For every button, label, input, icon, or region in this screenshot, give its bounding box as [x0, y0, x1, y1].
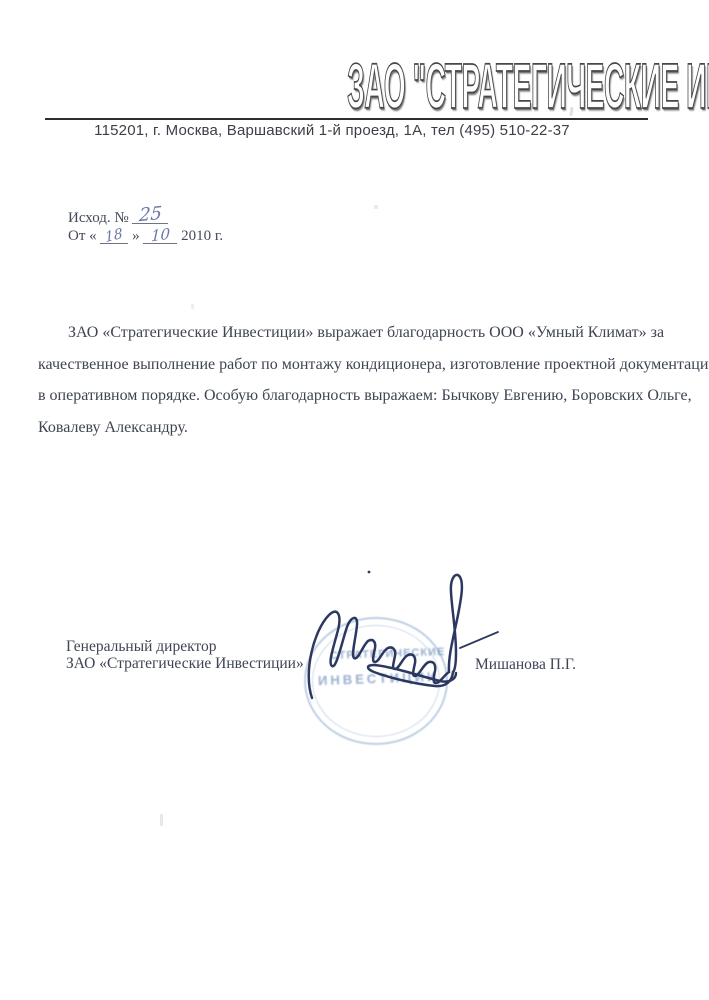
- body-line-4: Ковалеву Александру.: [38, 412, 698, 444]
- date-line: От « 18 » 10 2010 г.: [68, 227, 223, 245]
- date-day-value: 18: [105, 227, 124, 245]
- letter-body: ЗАО «Стратегические Инвестиции» выражает…: [38, 317, 698, 443]
- reference-block: Исход. № 25 От « 18 » 10 2010 г.: [68, 209, 223, 245]
- signer-position-line2: ЗАО «Стратегические Инвестиции»: [66, 655, 304, 672]
- outgoing-number-slot: 25: [132, 208, 168, 224]
- company-title: ЗАО "СТРАТЕГИЧЕСКИЕ ИНВЕСТИЦИИ": [347, 54, 709, 118]
- scan-artifact: [191, 304, 194, 309]
- signer-name: Мишанова П.Г.: [475, 656, 576, 674]
- date-quote-close: »: [132, 228, 140, 244]
- director-signature: [290, 560, 520, 710]
- outgoing-number-line: Исход. № 25: [68, 209, 223, 227]
- body-line-1: ЗАО «Стратегические Инвестиции» выражает…: [38, 317, 698, 349]
- body-line-2: качественное выполнение работ по монтажу…: [38, 349, 698, 381]
- date-year: 2010 г.: [181, 228, 223, 244]
- date-month-value: 10: [151, 227, 170, 244]
- signer-position-line1: Генеральный директор: [66, 638, 304, 655]
- scan-artifact: [374, 205, 378, 209]
- body-line-3: в оперативном порядке. Особую благодарно…: [38, 380, 698, 412]
- date-day-slot: 18: [100, 229, 128, 244]
- outgoing-number-value: 25: [139, 207, 163, 224]
- signer-position-block: Генеральный директор ЗАО «Стратегические…: [66, 638, 304, 672]
- letterhead-divider: [45, 118, 648, 120]
- scan-artifact: [160, 814, 163, 826]
- outgoing-number-label: Исход. №: [68, 210, 129, 226]
- company-address: 115201, г. Москва, Варшавский 1-й проезд…: [30, 122, 634, 139]
- letterhead: ЗАО "СТРАТЕГИЧЕСКИЕ ИНВЕСТИЦИИ": [0, 54, 709, 118]
- date-prefix: От «: [68, 228, 97, 244]
- date-month-slot: 10: [143, 228, 177, 244]
